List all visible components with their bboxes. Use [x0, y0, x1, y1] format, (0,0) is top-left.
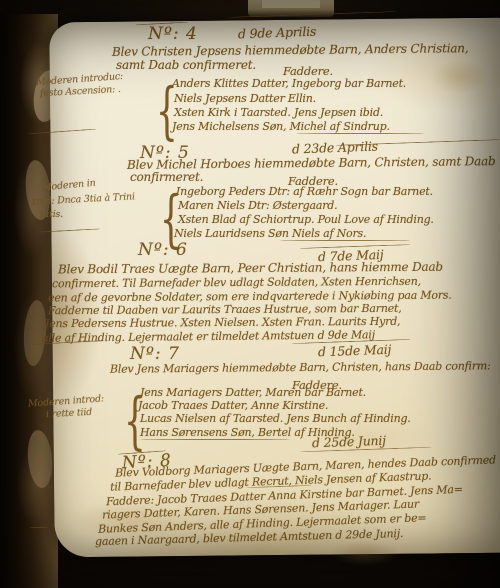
- entry-7-number: Nº: 7: [130, 344, 180, 364]
- entry-4-faddere-line: Xsten Kirk i Taarsted. Jens Jepsen ibid.: [174, 106, 383, 119]
- entry-4-date: d 9de Aprilis: [238, 24, 317, 42]
- entry-5-faddere-line: Maren Niels Dtr: Østergaard.: [178, 199, 337, 212]
- entry-7-faddere-line: Jens Mariagers Datter, Maren bar Barnet.: [140, 386, 366, 399]
- entry-7-date: d 15de Maij: [318, 342, 392, 360]
- entry-6-body-line: confirmeret. Til Barnefader blev udlagt …: [52, 275, 421, 291]
- entry-7-underline: [140, 439, 290, 440]
- entry-4-faddere-heading: Faddere.: [283, 64, 333, 78]
- entry-6-number: Nº: 6: [138, 240, 188, 260]
- entry-8-date: d 25de Junij: [312, 433, 386, 451]
- entry-5-faddere-line: Xsten Blad af Schiortrup. Poul Love af H…: [178, 213, 434, 226]
- entry-5-date: d 23de Aprilis: [292, 139, 378, 157]
- entry-4-faddere-line: Jens Michelsens Søn, Michel af Sindrup.: [172, 120, 390, 133]
- entry-4-underline: [296, 133, 424, 134]
- entry-4-faddere-line: Niels Jepsens Datter Ellin.: [174, 92, 316, 105]
- entry-8-margin-dash: [30, 527, 48, 528]
- entry-4-body-line: samt Daab confirmeret.: [116, 58, 256, 72]
- manuscript-photo: Nº: 4 d 9de Aprilis Blev Christen Jepsen…: [0, 0, 500, 588]
- entry-5-underline: [280, 240, 410, 241]
- entry-7-faddere-line: Jacob Traaes Datter, Anne Kirstine.: [138, 399, 328, 412]
- entry-4-number: Nº: 4: [148, 24, 198, 44]
- entry-5-faddere-line: Niels Lauridsens Søn Niels af Nors.: [174, 227, 366, 240]
- entry-6-body-line: Blev Bodil Traes Uægte Barn, Peer Christ…: [58, 260, 443, 277]
- entry-7-faddere-line: Lucas Nielsen af Taarsted. Jens Bunch af…: [140, 412, 411, 425]
- entry-5-body-line: confirmeret.: [130, 170, 203, 184]
- entry-5-faddere-line: Ingeborg Peders Dtr: af Ræhr Sogn bar Ba…: [176, 185, 433, 198]
- bookmark-tab-highlight: [262, 0, 320, 8]
- entry-5-margin-note: tatis.: [40, 209, 63, 220]
- entry-4-faddere-line: Anders Klittes Datter, Ingeborg bar Barn…: [172, 77, 406, 90]
